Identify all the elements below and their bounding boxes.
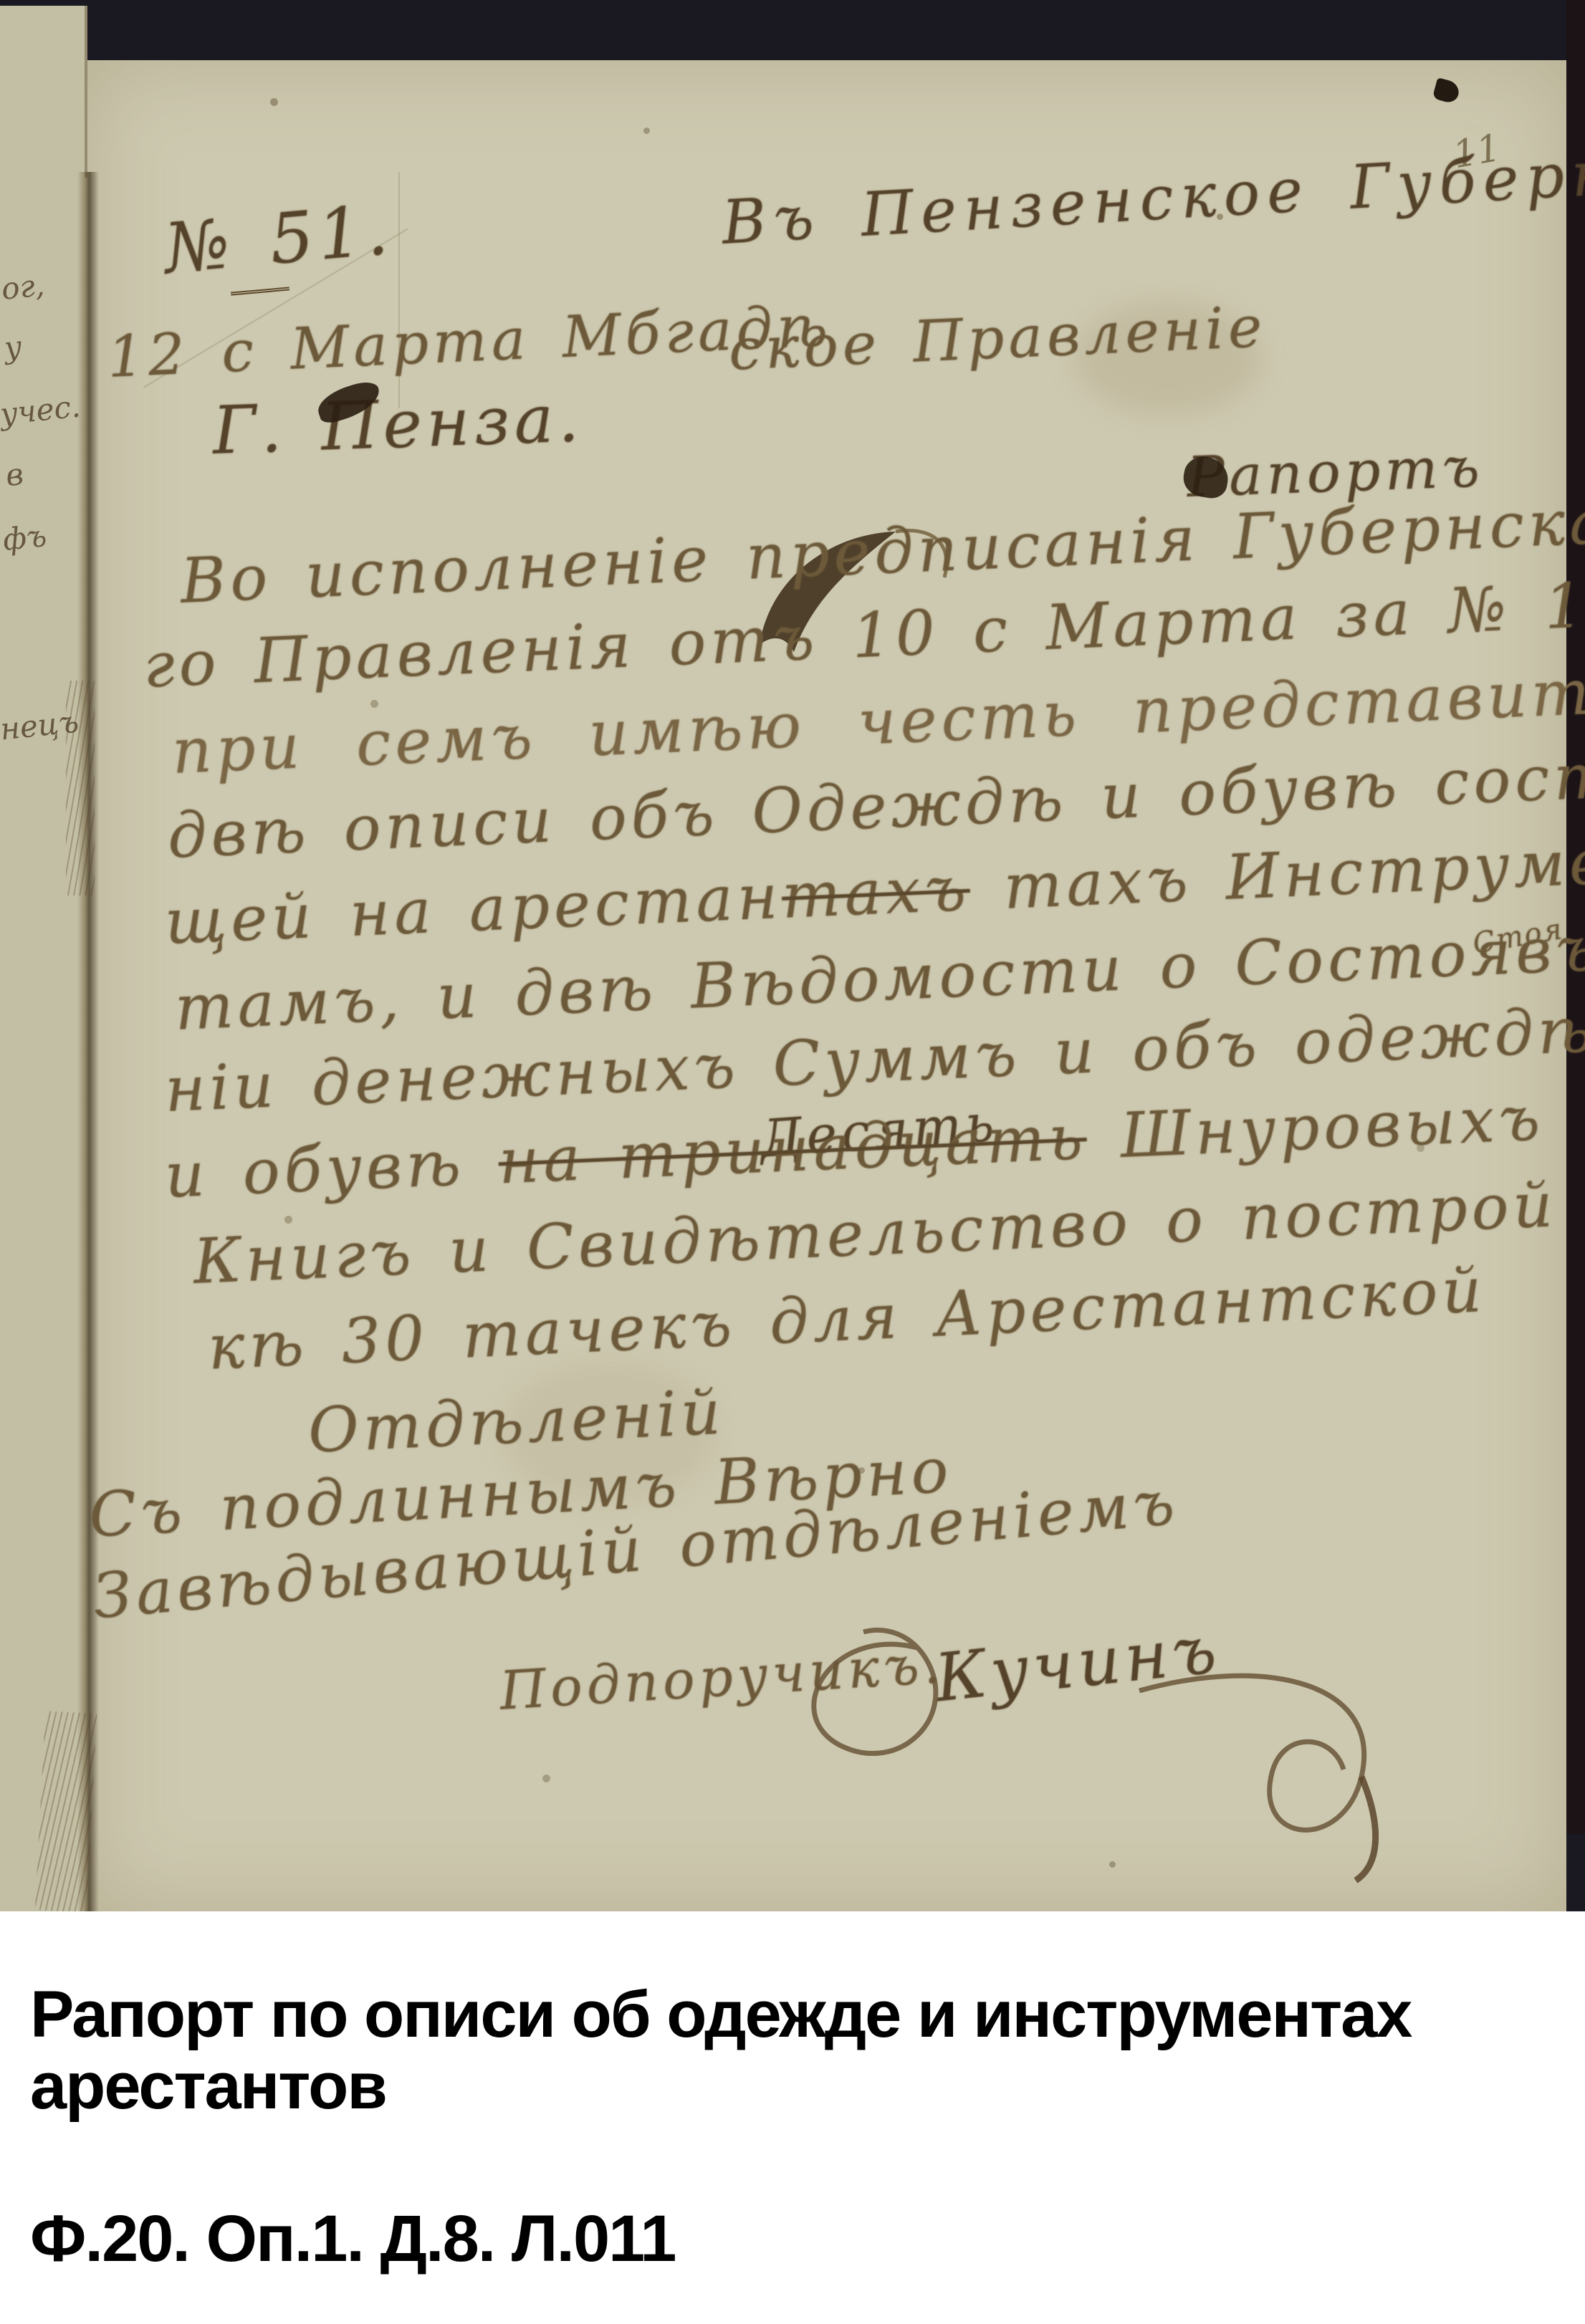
caption-title-line2: арестантов <box>30 2049 386 2124</box>
caption-title-line1: Рапорт по описи об одежде и инструментах <box>30 1977 1411 2052</box>
screenshot-root: ог, у учес. в фъ нецъ 11 № 51. Въ Пензен… <box>0 0 1585 2324</box>
binding-seam <box>85 6 87 178</box>
previous-page-edge: ог, у учес. в фъ нецъ <box>0 6 87 1911</box>
paper-specks <box>0 0 4 4</box>
archive-reference: Ф.20. Оп.1. Д.8. Л.011 <box>30 2201 675 2277</box>
margin-fragment: в <box>4 456 25 493</box>
binding-threads <box>66 681 95 895</box>
margin-fragment: учес. <box>0 388 82 431</box>
signature-flourish <box>738 1598 1426 1898</box>
body-line-text: и обувѣ <box>163 1126 500 1211</box>
margin-fragment: ог, <box>0 267 46 307</box>
margin-fragment: фъ <box>1 518 49 557</box>
struck-word: тахъ <box>780 853 972 933</box>
place-line: Г. Пенза. <box>211 380 584 469</box>
margin-fragment: у <box>3 329 24 365</box>
caption-area: Рапорт по описи об одежде и инструментах… <box>0 1911 1585 2324</box>
binding-seam <box>77 172 99 1911</box>
document-photo: ог, у учес. в фъ нецъ 11 № 51. Въ Пензен… <box>0 0 1585 1911</box>
binding-threads <box>35 1711 97 1911</box>
